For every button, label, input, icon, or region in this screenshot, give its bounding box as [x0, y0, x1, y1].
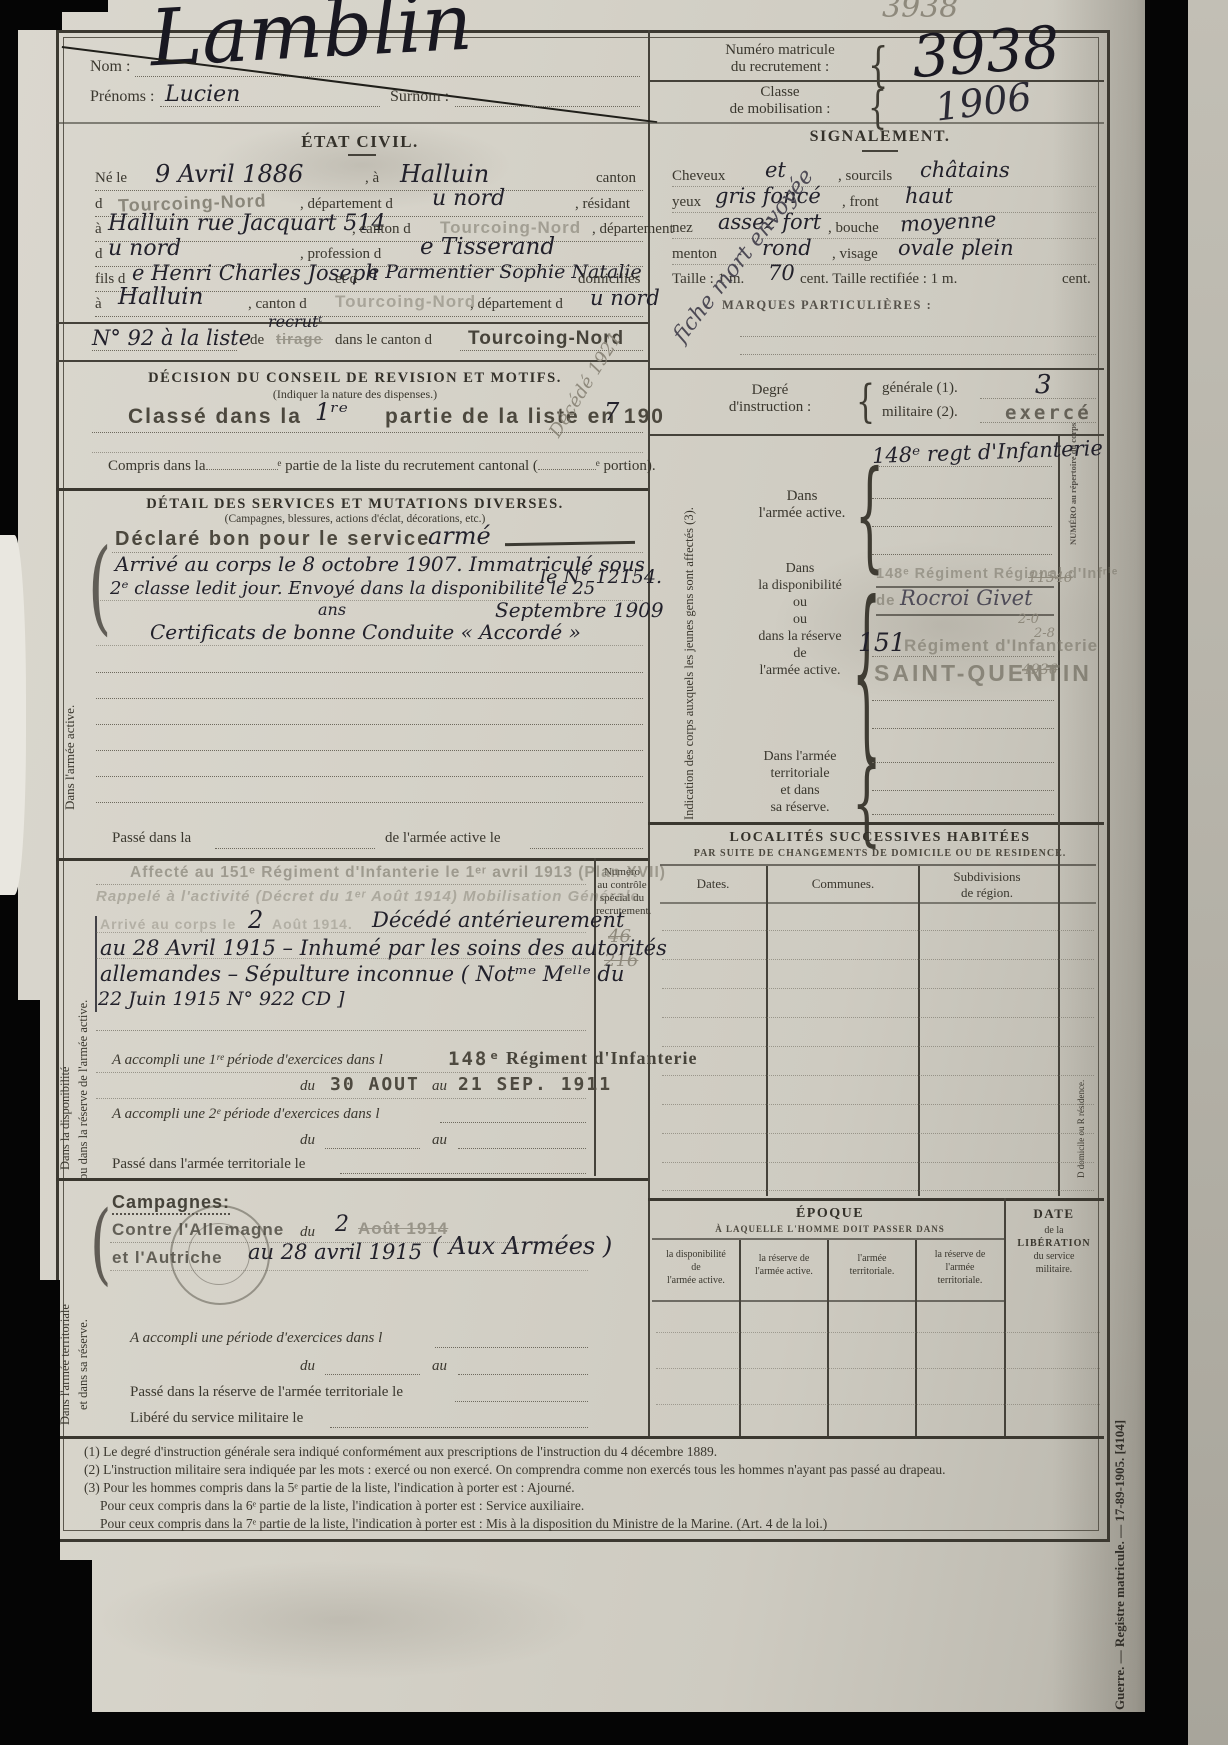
blank-line	[872, 728, 1054, 729]
blank-line	[92, 350, 237, 351]
visage-value: ovale plein	[898, 236, 1014, 260]
matricule-label-2: du recrutement :	[731, 59, 829, 75]
blank-line	[872, 526, 1052, 527]
decede-hw-4: 22 Juin 1915 N° 922 CD ]	[98, 988, 345, 1010]
dispo-label: Dans la disponibilité ou ou dans la rése…	[730, 560, 870, 679]
active-label: Dans l'armée active.	[742, 488, 862, 522]
passe-active-a: Passé dans la	[112, 830, 191, 847]
column-divider	[648, 30, 650, 1436]
militaire-label: militaire (2).	[882, 404, 958, 421]
du-label: du	[300, 1224, 315, 1241]
line	[648, 434, 1104, 436]
margin-dispo-1: Dans la disponibilité	[58, 880, 73, 1170]
blank-line	[95, 190, 643, 191]
blank-line	[740, 354, 1096, 355]
blank-line	[325, 1148, 420, 1149]
scan-edge-top-left	[0, 0, 62, 30]
col2-l1: la réserve de	[759, 1253, 810, 1264]
blank-line	[455, 1401, 588, 1402]
blank-line	[96, 1030, 586, 1031]
periode-terr-label: A accompli une période d'exercices dans …	[130, 1330, 382, 1347]
blank-row	[656, 1368, 1100, 1369]
col4-l2: l'armée	[945, 1262, 974, 1273]
epoque-col-2: la réserve de l'armée active.	[740, 1252, 828, 1278]
blank-line	[92, 452, 643, 453]
blank-gap	[206, 469, 278, 470]
blank-line	[95, 316, 643, 317]
matricule-label-1: Numéro matricule	[725, 42, 835, 58]
disponibilite-hw: 2ᵉ classe ledit jour. Envoyé dans la dis…	[110, 578, 595, 599]
blank-row	[662, 988, 1094, 989]
canton-label: canton	[596, 170, 636, 187]
blank-line	[872, 498, 1052, 499]
footnote-2: (2) L'instruction militaire sera indiqué…	[84, 1462, 945, 1478]
periode2-label: A accompli une 2ᵉ période d'exercices da…	[112, 1106, 379, 1123]
line	[56, 322, 648, 324]
table-line	[1058, 822, 1060, 1196]
col-communes: Communes.	[770, 876, 916, 892]
etat-civil-title: ÉTAT CIVIL.	[200, 132, 520, 152]
terr-l3: et dans	[780, 783, 819, 798]
classe-annee-hw: 7	[604, 398, 619, 426]
underlying-page-edge	[0, 535, 26, 895]
matricule-label: Numéro matricule du recrutement :	[690, 42, 870, 76]
au-label: au	[432, 1358, 447, 1375]
col-dates: Dates.	[660, 876, 766, 892]
prenoms-label: Prénoms :	[90, 88, 154, 106]
cheveux-label: Cheveux	[672, 168, 725, 185]
blank-line	[440, 1122, 586, 1123]
epoque-subtitle: À LAQUELLE L'HOMME DOIT PASSER DANS	[660, 1224, 1000, 1234]
line	[56, 858, 648, 861]
active-l2: l'armée active.	[759, 505, 846, 521]
postal-stamp-inner	[188, 1223, 250, 1285]
taille-rectifiee-label: cent. Taille rectifiée : 1 m.	[800, 271, 957, 288]
col-subdivisions: Subdivisions de région.	[920, 869, 1054, 901]
du-label: du	[300, 1078, 315, 1095]
marques-label: MARQUES PARTICULIÈRES :	[722, 298, 932, 313]
blank-line	[872, 790, 1054, 791]
sourcils-label: , sourcils	[838, 168, 892, 185]
a-label: à	[95, 296, 102, 313]
blank-row	[662, 1075, 1094, 1076]
numero-liste-value: N° 92 à la liste	[92, 326, 251, 350]
corps-margin-label: Indication des corps auxquels les jeunes…	[682, 442, 697, 820]
table-line	[766, 866, 768, 1196]
blank-line	[96, 932, 586, 933]
departement-d-label: , département d	[470, 296, 563, 313]
passe-reserve-terr-label: Passé dans la réserve de l'armée territo…	[130, 1384, 403, 1401]
stain	[92, 1560, 592, 1680]
footnote-5: Pour ceux compris dans la 7ᵉ partie de l…	[100, 1516, 827, 1532]
d-label: d	[95, 196, 103, 213]
blank-line	[872, 656, 1054, 657]
departement-label: , département	[592, 221, 674, 238]
degre-label: Degré d'instruction :	[700, 382, 840, 416]
de-label: de	[250, 332, 264, 349]
table-line	[918, 866, 920, 1196]
blank-line	[530, 848, 643, 849]
detail-subtitle: (Campagnes, blessures, actions d'éclat, …	[95, 513, 615, 525]
epoque-col-3: l'armée territoriale.	[828, 1252, 916, 1278]
blank-line	[330, 1427, 588, 1428]
passe-territoriale-label: Passé dans l'armée territoriale le	[112, 1156, 305, 1173]
col1-l2: de	[691, 1262, 700, 1273]
line	[56, 1436, 1104, 1439]
blank-line	[96, 1098, 586, 1099]
col3-l2: territoriale.	[850, 1266, 895, 1277]
generale-label: générale (1).	[882, 380, 958, 397]
brace: {	[868, 82, 887, 135]
date-sub-2: LIBÉRATION	[1017, 1238, 1090, 1249]
blank-line	[458, 1374, 588, 1375]
fin-campagne-hw: au 28 avril 1915	[248, 1240, 422, 1264]
blank-line	[96, 750, 643, 751]
affecte-151-stamp: Affecté au 151ᵉ Régiment d'Infanterie le…	[130, 864, 666, 882]
date-30-aout-stamp: 30 AOUT	[330, 1074, 420, 1095]
yeux-label: yeux	[672, 194, 701, 211]
blank-line	[740, 336, 1096, 337]
dispo-l5: dans la réserve	[758, 629, 841, 644]
rocroi-givet-hw: Rocroi Givet	[900, 586, 1033, 610]
surnom-label: Surnom :	[390, 88, 449, 106]
septembre-1909-hw: Septembre 1909	[495, 598, 664, 622]
blank-line	[458, 1148, 586, 1149]
adresse: Halluin rue Jacquart 514	[108, 211, 385, 236]
blank-line	[96, 698, 643, 699]
blank-row	[662, 1133, 1094, 1134]
aux-armees-hw: ( Aux Armées )	[432, 1232, 612, 1260]
hw-151: 151	[858, 628, 906, 657]
rappele-stamp: Rappelé à l'activité (Décret du 1ᵉʳ Août…	[96, 888, 640, 905]
localites-title: LOCALITÉS SUCCESSIVES HABITÉES	[660, 830, 1100, 846]
et-de-label: et d	[335, 271, 357, 288]
margin-dispo-2: ou dans la réserve de l'armée active.	[76, 870, 91, 1180]
blank-line	[872, 554, 1052, 555]
departement-1: u nord	[432, 186, 505, 211]
exerce-stamp: exercé	[1005, 402, 1092, 424]
jour-2-hw: 2	[335, 1212, 349, 1237]
blank-line	[215, 848, 375, 849]
a-label: , à	[365, 170, 379, 187]
saint-quentin-stamp: SAINT-QUENTIN	[874, 660, 1092, 687]
compris-b: ᵉ partie de la liste du recrutement cant…	[278, 458, 538, 474]
table-line	[915, 1240, 917, 1436]
decision-title: DÉCISION DU CONSEIL DE REVISION ET MOTIF…	[95, 370, 615, 387]
title-dash	[348, 154, 376, 156]
front-label: , front	[842, 194, 879, 211]
dispo-l3: ou	[793, 595, 807, 610]
recrutement-correction: recrutᵗ	[268, 312, 322, 331]
decede-hw-3: allemandes – Sépulture inconnue ( Notᵐᵉ …	[100, 962, 624, 986]
blank-line	[872, 466, 1052, 467]
col4-l1: la réserve de	[935, 1249, 986, 1260]
margin-terr-2: et dans sa réserve.	[76, 1230, 91, 1410]
line	[648, 822, 1104, 825]
repertoire-num-struck: 11546	[1028, 570, 1073, 586]
blank-row	[662, 1162, 1094, 1163]
bouche-value: moyenne	[899, 207, 996, 236]
dans-canton-label: dans le canton d	[335, 332, 432, 349]
blank-line	[872, 762, 1054, 763]
classe-stamp-a: Classé dans la	[128, 405, 302, 429]
blank-line	[96, 776, 643, 777]
blank-row	[662, 1017, 1094, 1018]
passe-active-b: de l'armée active le	[385, 830, 501, 847]
prenoms-value: Lucien	[165, 82, 240, 107]
residant-label: , résidant	[575, 196, 630, 213]
footnote-3: (3) Pour les hommes compris dans la 5ᵉ p…	[84, 1480, 575, 1496]
front-value: haut	[905, 184, 953, 208]
blank-row	[662, 1104, 1094, 1105]
territoriale-label: Dans l'armée territoriale et dans sa rés…	[730, 748, 870, 816]
ne-le-label: Né le	[95, 170, 127, 187]
cheveux-value: et	[765, 158, 786, 182]
line	[56, 122, 1104, 124]
du-label: du	[300, 1132, 315, 1149]
decede-hw-2: au 28 Avril 1915 – Inhumé par les soins …	[100, 936, 667, 960]
signalement-title: SIGNALEMENT.	[700, 128, 1060, 146]
footnote-4: Pour ceux compris dans la 6ᵉ partie de l…	[100, 1498, 584, 1514]
blank-row	[656, 1404, 1100, 1405]
blank-row	[662, 930, 1094, 931]
col3-l1: l'armée	[857, 1253, 886, 1264]
line	[660, 864, 1096, 866]
regt-148-stamp: 148ᵉ	[448, 1048, 502, 1070]
ans-hw: ans	[318, 600, 346, 619]
blank-line	[96, 958, 586, 959]
blank-line	[96, 1072, 586, 1073]
blank-line	[455, 106, 640, 107]
blank-line	[96, 672, 643, 673]
degre-1: Degré	[752, 382, 789, 398]
blank-line	[872, 700, 1054, 701]
au-label: au	[432, 1132, 447, 1149]
dispo-l1: Dans	[786, 561, 815, 576]
compris-c: ᵉ portion).	[596, 458, 656, 474]
au-label: au	[432, 1078, 447, 1095]
blank-line	[96, 724, 643, 725]
margin-armee-active: Dans l'armée active.	[62, 610, 78, 810]
line	[648, 1198, 1104, 1201]
epoque-col-1: la disponibilité de l'armée active.	[652, 1248, 740, 1287]
terr-l1: Dans l'armée	[764, 749, 837, 764]
line	[56, 1178, 648, 1181]
arme-hw: armé	[428, 522, 491, 550]
title-dash	[862, 150, 898, 152]
cent-label: cent.	[1062, 271, 1091, 288]
scan-edge-bottom	[12, 1712, 1145, 1745]
blank-line	[340, 1173, 586, 1174]
blank-row	[662, 1046, 1094, 1047]
table-line	[739, 1240, 741, 1436]
periode1-label: A accompli une 1ʳᵉ période d'exercices d…	[112, 1052, 383, 1069]
brace: {	[856, 376, 875, 429]
detail-title: DÉTAIL DES SERVICES ET MUTATIONS DIVERSE…	[95, 496, 615, 513]
dispo-l6: de	[793, 646, 806, 661]
adjacent-page-sliver	[1188, 0, 1228, 1745]
taille-value: 70	[768, 261, 795, 285]
decede-hw-1: Décédé antérieurement	[372, 908, 624, 932]
col4-l3: territoriale.	[938, 1275, 983, 1286]
visage-label: , visage	[832, 246, 878, 263]
blank-row	[662, 1190, 1094, 1191]
profession-value: e Tisserand	[420, 234, 555, 260]
col-subdiv-1: Subdivisions	[953, 869, 1020, 884]
classe-label-2: de mobilisation :	[730, 101, 831, 117]
degre-2: d'instruction :	[729, 399, 811, 415]
margin-terr-1: Dans l'armée territoriale	[58, 1215, 73, 1425]
date-title: DATE	[1006, 1206, 1102, 1222]
departement-2: u nord	[108, 236, 181, 261]
regiment-infanterie-stamp: Régiment d'Infanterie	[904, 636, 1098, 656]
repertoire-num-struck: 4936	[1022, 662, 1058, 678]
d-label: d	[95, 246, 103, 263]
decision-subtitle: (Indiquer la nature des dispenses.)	[95, 387, 615, 402]
regiment-regional-stamp: 148ᵉ Régiment Régional d'Infʳⁱᵉ	[876, 566, 1118, 582]
classe-label: Classe de mobilisation :	[690, 84, 870, 118]
generale-value: 3	[1035, 370, 1052, 400]
classe-partie-hw: 1ʳᵉ	[315, 398, 348, 426]
scan-gap-right	[1145, 0, 1188, 1745]
epoque-col-4: la réserve de l'armée territoriale.	[916, 1248, 1004, 1287]
line	[56, 488, 648, 491]
blank-line	[672, 238, 1096, 239]
blank-line	[96, 884, 586, 885]
classe-stamp-b: partie de la liste en 190	[385, 405, 665, 429]
blank-row	[662, 959, 1094, 960]
du-label: du	[300, 1358, 315, 1375]
nom-label: Nom :	[90, 58, 130, 76]
spine-imprint-label: Guerre. — Registre matricule. — 17-89-19…	[1112, 1140, 1128, 1710]
line	[56, 360, 648, 362]
col-subdiv-2: de région.	[961, 885, 1013, 900]
date-sub-4: militaire.	[1036, 1264, 1072, 1275]
nez-label: nez	[672, 220, 693, 237]
a-label: à	[95, 221, 102, 238]
dispo-l4: ou	[793, 612, 807, 627]
blank-line	[872, 814, 1054, 815]
regt-inf-stamp: Régiment d'Infanterie	[506, 1048, 697, 1069]
terr-l4: sa réserve.	[770, 800, 829, 815]
terr-l2: territoriale	[770, 766, 829, 781]
blank-line	[96, 802, 643, 803]
compris-line: Compris dans laᵉ partie de la liste du r…	[108, 458, 656, 475]
ink-bracket	[95, 916, 97, 1012]
pencil-note: 2-0	[1018, 612, 1039, 627]
blank-row	[656, 1332, 1100, 1333]
tirage-struck: tirage	[276, 331, 323, 348]
date-21-sep-stamp: 21 SEP. 1911	[458, 1074, 612, 1095]
declare-stamp: Déclaré bon pour le service	[115, 528, 430, 551]
blank-gap	[538, 469, 596, 470]
dispo-l7: l'armée active.	[759, 663, 840, 678]
col2-l2: l'armée active.	[755, 1266, 813, 1277]
date-sub-3: du service	[1034, 1251, 1075, 1262]
date-sub-1: de la	[1044, 1225, 1063, 1236]
canton-d-label: , canton d	[352, 221, 411, 238]
blank-line	[435, 1347, 588, 1348]
dispo-l2: la disponibilité	[758, 578, 842, 593]
ink-paren: (	[90, 1192, 111, 1294]
registre-matricule-page: 3938 Nom : Lamblin Prénoms : Lucien Surn…	[0, 0, 1228, 1745]
table-line	[827, 1240, 829, 1436]
line	[660, 902, 1096, 904]
classe-label-1: Classe	[760, 84, 799, 100]
arrive-jour-hw: 2	[248, 906, 263, 934]
localites-subtitle: PAR SUITE DE CHANGEMENTS DE DOMICILE OU …	[660, 848, 1100, 859]
blank-line	[325, 1374, 420, 1375]
canton-d-label: , canton d	[248, 296, 307, 313]
departement-3: u nord	[590, 286, 660, 310]
active-l1: Dans	[787, 488, 818, 504]
lieu-naissance: Halluin	[400, 160, 489, 188]
blank-line	[96, 600, 643, 601]
compris-a: Compris dans la	[108, 458, 206, 474]
date-naissance: 9 Avril 1886	[155, 160, 303, 188]
ink-paren: (	[88, 528, 111, 647]
date-subtitle: de la LIBÉRATION du service militaire.	[1006, 1224, 1102, 1276]
canton-stamp: Tourcoing-Nord	[335, 292, 476, 312]
domicile-value: Halluin	[118, 284, 203, 310]
certificat-hw: Certificats de bonne Conduite « Accordé …	[150, 620, 581, 644]
menton-label: menton	[672, 246, 717, 263]
libere-label: Libéré du service militaire le	[130, 1410, 303, 1427]
arrive-date-stamp: Août 1914.	[272, 916, 353, 932]
sourcils-value: châtains	[920, 158, 1010, 182]
col1-l3: l'armée active.	[667, 1275, 725, 1286]
footnote-1: (1) Le degré d'instruction générale sera…	[84, 1444, 717, 1460]
blank-line	[96, 645, 643, 646]
arrive-corps-stamp: Arrivé au corps le	[100, 916, 236, 932]
epoque-title: ÉPOQUE	[660, 1206, 1000, 1222]
numero-col-line	[1058, 436, 1060, 822]
col1-l1: la disponibilité	[666, 1249, 726, 1260]
bouche-label: , bouche	[828, 220, 879, 237]
